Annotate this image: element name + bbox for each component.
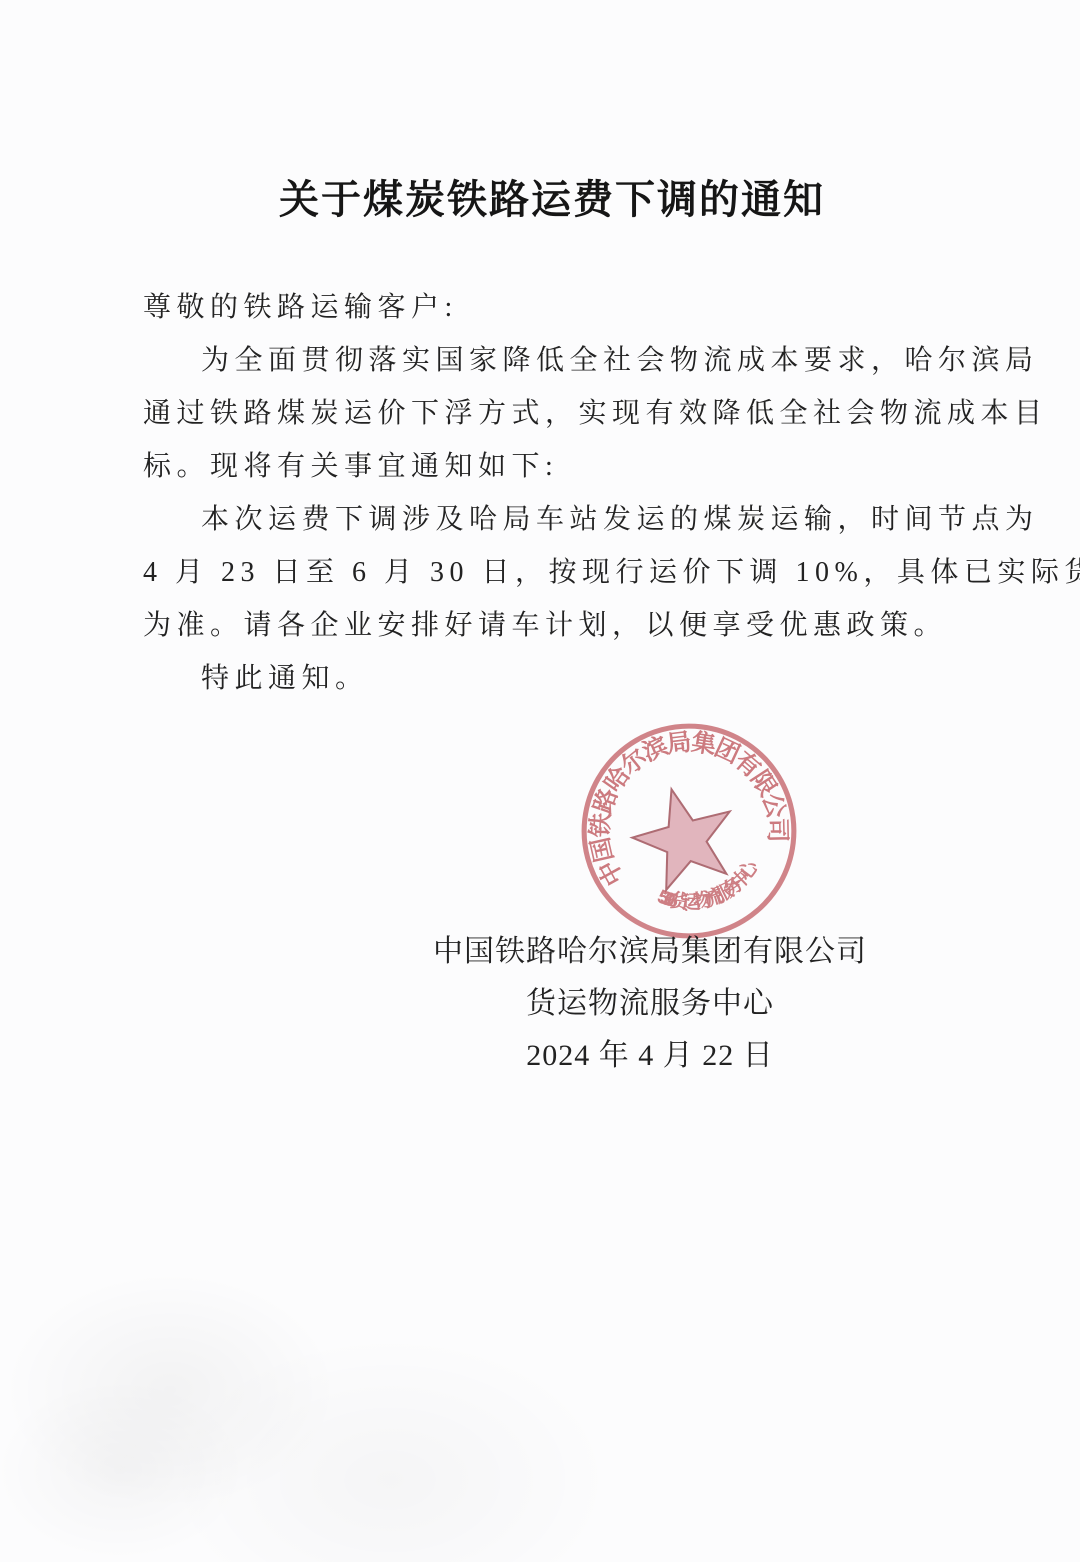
signature-date: 2024 年 4 月 22 日 [220, 1030, 1080, 1082]
paragraph-1-line-2: 通过铁路煤炭运价下浮方式，实现有效降低全社会物流成本目 [143, 387, 971, 440]
paragraph-2-line-1: 本次运费下调涉及哈局车站发运的煤炭运输，时间节点为 [143, 493, 971, 546]
paragraph-1-line-3: 标。现将有关事宜通知如下: [143, 440, 971, 493]
official-seal: 中国铁路哈尔滨局集团有限公司 95306货运物流服务中心 [577, 719, 801, 943]
signature-block: 中国铁路哈尔滨局集团有限公司 货运物流服务中心 2024 年 4 月 22 日 [220, 926, 1080, 1082]
document-page: 关于煤炭铁路运费下调的通知 尊敬的铁路运输客户: 为全面贯彻落实国家降低全社会物… [0, 0, 1080, 1562]
paragraph-2-line-2: 4 月 23 日至 6 月 30 日，按现行运价下调 10%，具体已实际货票 [143, 546, 971, 599]
notice-title: 关于煤炭铁路运费下调的通知 [24, 168, 1080, 225]
star-icon [623, 776, 745, 895]
signature-org-name: 中国铁路哈尔滨局集团有限公司 [220, 926, 1080, 978]
paragraph-2-line-3: 为准。请各企业安排好请车计划，以便享受优惠政策。 [143, 599, 971, 652]
salutation: 尊敬的铁路运输客户: [143, 281, 971, 334]
paragraph-1-line-1: 为全面贯彻落实国家降低全社会物流成本要求，哈尔滨局 [143, 334, 971, 387]
signature-department: 货运物流服务中心 [220, 978, 1080, 1030]
notice-body: 尊敬的铁路运输客户: 为全面贯彻落实国家降低全社会物流成本要求，哈尔滨局 通过铁… [143, 281, 971, 705]
paragraph-3-line-1: 特此通知。 [143, 652, 971, 705]
